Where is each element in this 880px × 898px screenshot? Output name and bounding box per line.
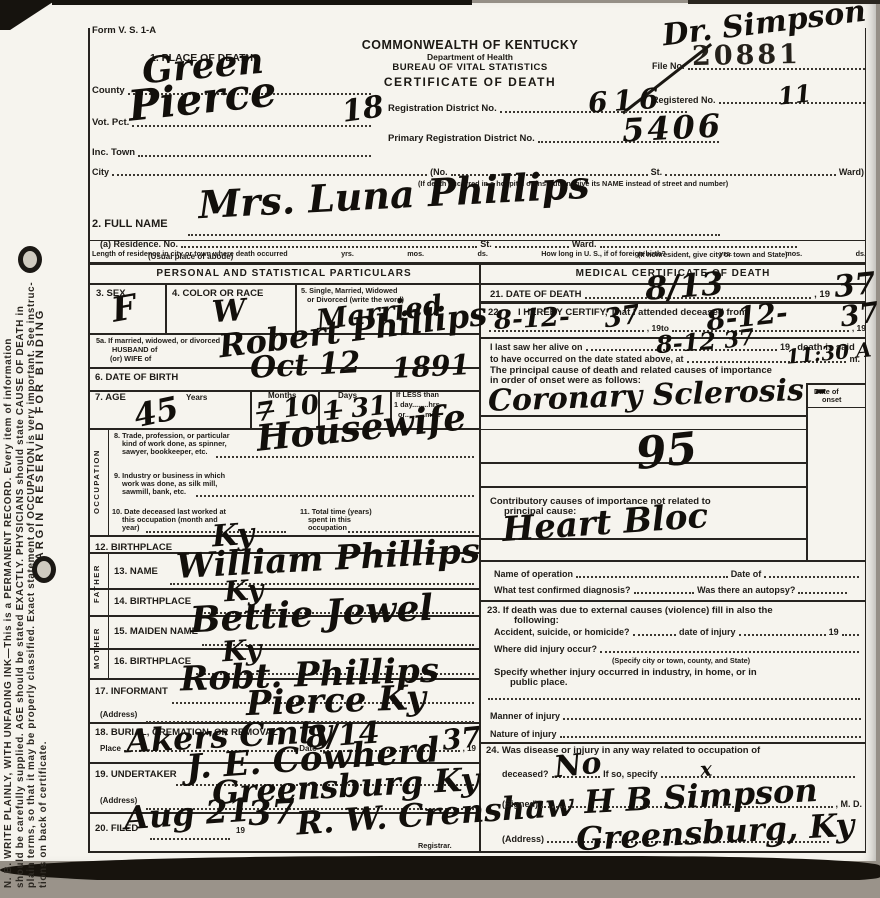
margin-line: N. B. WRITE PLAINLY, WITH UNFADING INK—T… bbox=[3, 40, 15, 888]
length-left-text: Length of residence in city or town wher… bbox=[92, 250, 288, 257]
dotted-leader bbox=[576, 574, 728, 578]
dotted-leader bbox=[842, 632, 859, 636]
inc-town-row: Inc. Town bbox=[92, 148, 374, 158]
dotted-rule bbox=[488, 696, 860, 700]
operation-label: Name of operation bbox=[494, 570, 573, 579]
cell-divider bbox=[108, 552, 109, 678]
specify-city-note: (Specify city or town, county, and State… bbox=[612, 657, 750, 665]
certificate-header: COMMONWEALTH OF KENTUCKY Department of H… bbox=[318, 38, 622, 89]
residence-label: (a) Residence. No. bbox=[100, 240, 178, 249]
dotted-leader bbox=[560, 734, 861, 738]
dotted-leader bbox=[633, 632, 677, 636]
dotted-leader bbox=[138, 153, 371, 157]
precinct-label: Vot. Pct. bbox=[92, 118, 129, 128]
ward-label: Ward) bbox=[839, 168, 864, 177]
personal-section-title: PERSONAL AND STATISTICAL PARTICULARS bbox=[88, 268, 480, 280]
street-label: St. bbox=[651, 168, 663, 177]
rule-line bbox=[88, 262, 866, 265]
last-saw-year-handwritten: 37 bbox=[723, 328, 756, 352]
manner-injury-row: Manner of injury bbox=[490, 712, 864, 721]
dotted-leader bbox=[665, 172, 836, 176]
scan-background-strip bbox=[0, 880, 880, 898]
dotted-leader bbox=[563, 716, 861, 720]
mother-vertical-label: MOTHER bbox=[92, 620, 101, 676]
rule-line bbox=[88, 851, 866, 853]
dotted-leader bbox=[688, 66, 865, 70]
occurred-time-handwritten: 11:30 A bbox=[785, 340, 872, 365]
registrar-label: Registrar. bbox=[418, 842, 452, 850]
dob-year-handwritten: 1891 bbox=[391, 352, 470, 381]
dotted-leader bbox=[495, 244, 569, 248]
dotted-leader bbox=[798, 590, 847, 594]
injury-19-label: 19 bbox=[829, 628, 839, 637]
filed-year-handwritten: 37 bbox=[247, 797, 296, 830]
mos-label: mos. bbox=[407, 250, 424, 257]
scan-top-edge bbox=[52, 0, 472, 5]
residence-st-label: St. bbox=[480, 240, 492, 249]
date-of-death-value-handwritten: 8/13 bbox=[644, 269, 724, 303]
mother-maiden-name-value-handwritten: Bettie Jewel bbox=[189, 592, 434, 637]
dotted-leader bbox=[764, 574, 859, 578]
manner-label: Manner of injury bbox=[490, 712, 560, 721]
filed-date-handwritten: Aug 21 bbox=[123, 796, 251, 834]
spouse-label-3: (or) WIFE of bbox=[110, 355, 151, 363]
where-injury-row: Where did injury occur? bbox=[494, 645, 862, 654]
form-left-border bbox=[88, 28, 90, 852]
residence-row: (a) Residence. No. St. Ward. bbox=[100, 240, 800, 249]
dotted-leader bbox=[216, 454, 474, 458]
nature-injury-row: Nature of injury bbox=[490, 730, 864, 739]
burial-year-value-handwritten: 37 bbox=[441, 724, 482, 753]
date-of-label: Date of bbox=[731, 570, 762, 579]
test-autopsy-row: What test confirmed diagnosis? Was there… bbox=[494, 586, 862, 595]
cell-divider bbox=[250, 390, 252, 428]
dotted-leader bbox=[600, 244, 797, 248]
precinct-number-handwritten: 18 bbox=[340, 93, 385, 126]
if-so-label: If so, specify bbox=[603, 770, 658, 779]
yrs-label: yrs. bbox=[719, 250, 732, 257]
dob-value-handwritten: Oct 12 bbox=[249, 349, 361, 382]
accident-row: Accident, suicide, or homicide? date of … bbox=[494, 628, 862, 637]
cause-code-handwritten: 95 bbox=[634, 429, 699, 475]
informant-label: 17. INFORMANT bbox=[95, 687, 168, 698]
attended-from-year-handwritten: 37 bbox=[603, 304, 642, 332]
dotted-leader bbox=[150, 836, 230, 840]
commonwealth-title: COMMONWEALTH OF KENTUCKY bbox=[318, 38, 622, 52]
date-injury-label: date of injury bbox=[679, 628, 736, 637]
burial-place-label: Place bbox=[100, 745, 121, 753]
date-of-death-label: 21. DATE OF DEATH bbox=[490, 290, 582, 300]
dotted-leader bbox=[196, 493, 474, 497]
occupation-vertical-label: OCCUPATION bbox=[92, 432, 101, 532]
informant-address-label: (Address) bbox=[100, 710, 137, 719]
last-worked-row10-label-3: year) bbox=[122, 524, 139, 532]
last-saw-value-handwritten: 8-12 bbox=[655, 330, 716, 356]
total-time-row11-label-3: occupation bbox=[308, 524, 347, 532]
test-label: What test confirmed diagnosis? bbox=[494, 586, 631, 595]
precinct-value-handwritten: Pierce bbox=[126, 72, 278, 125]
undertaker-label: 19. UNDERTAKER bbox=[95, 770, 177, 781]
q24-value-handwritten: No bbox=[553, 750, 603, 782]
age-years-label: Years bbox=[186, 393, 207, 402]
full-name-label: 2. FULL NAME bbox=[92, 218, 168, 231]
punch-hole bbox=[18, 246, 42, 273]
father-vertical-label: FATHER bbox=[92, 556, 101, 612]
operation-row: Name of operation Date of bbox=[494, 570, 862, 579]
age-years-value-handwritten: 45 bbox=[131, 394, 181, 431]
industry-row9-label-3: sawmill, bank, etc. bbox=[122, 488, 186, 496]
registration-district-label: Registration District No. bbox=[388, 104, 497, 114]
dotted-leader bbox=[634, 590, 695, 594]
nature-label: Nature of injury bbox=[490, 730, 557, 739]
attended-from-value-handwritten: 8-12- bbox=[493, 306, 570, 333]
mos-label: mos. bbox=[785, 250, 802, 257]
rule-line bbox=[480, 560, 866, 562]
father-birthplace-label: 14. BIRTHPLACE bbox=[114, 597, 191, 608]
bureau-subtitle: BUREAU OF VITAL STATISTICS bbox=[318, 62, 622, 73]
dotted-leader bbox=[181, 244, 477, 248]
occupation-row8-label-3: sawyer, bookkeeper, etc. bbox=[122, 448, 208, 456]
form-right-border bbox=[865, 28, 866, 852]
inc-town-label: Inc. Town bbox=[92, 148, 135, 158]
signed-label: (Signed) bbox=[502, 800, 538, 809]
primary-district-label: Primary Registration District No. bbox=[388, 134, 535, 144]
autopsy-label: Was there an autopsy? bbox=[697, 586, 795, 595]
ds-label: ds. bbox=[477, 250, 487, 257]
attended-to-year-handwritten: 37 bbox=[838, 299, 880, 329]
cell-divider bbox=[108, 428, 109, 535]
cell-divider bbox=[165, 283, 167, 333]
county-label: County bbox=[92, 86, 125, 96]
dob-label: 6. DATE OF BIRTH bbox=[95, 373, 178, 384]
rule-line bbox=[480, 742, 866, 744]
scanned-death-certificate: N. B. WRITE PLAINLY, WITH UNFADING INK—T… bbox=[0, 0, 880, 898]
primary-district-value-handwritten: 5406 bbox=[621, 111, 723, 145]
q24-label-1: 24. Was disease or injury in any way rel… bbox=[486, 746, 760, 757]
residence-ward-label: Ward. bbox=[572, 240, 597, 249]
color-race-value-handwritten: W bbox=[211, 297, 247, 326]
city-label: City bbox=[92, 168, 109, 177]
dod-19-label: , 19 bbox=[814, 290, 830, 300]
rule-line bbox=[88, 648, 480, 650]
occurred-label: to have occurred on the date stated abov… bbox=[490, 355, 684, 364]
dotted-leader bbox=[739, 632, 826, 636]
rule-line bbox=[480, 600, 866, 602]
form-id: Form V. S. 1-A bbox=[92, 26, 156, 37]
father-name-label: 13. NAME bbox=[114, 567, 158, 578]
where-label: Where did injury occur? bbox=[494, 645, 597, 654]
dotted-leader bbox=[600, 649, 859, 653]
last-saw-label: I last saw her alive on bbox=[490, 343, 583, 352]
file-no-label: File No. bbox=[652, 62, 685, 71]
specify-whether-label-2: public place. bbox=[510, 678, 568, 689]
yrs-label: yrs. bbox=[341, 250, 354, 257]
age-label: 7. AGE bbox=[95, 393, 126, 404]
accident-label: Accident, suicide, or homicide? bbox=[494, 628, 630, 637]
file-no-row: File No. bbox=[652, 62, 868, 71]
birthplace12-label: 12. BIRTHPLACE bbox=[95, 543, 172, 554]
less-than-label-1: If LESS than bbox=[396, 391, 439, 399]
sex-value-handwritten: F bbox=[110, 292, 139, 326]
mother-maiden-name-label: 15. MAIDEN NAME bbox=[114, 627, 198, 638]
physician-address-label: (Address) bbox=[502, 835, 544, 844]
registered-no-value-handwritten: 11 bbox=[777, 82, 812, 107]
punch-hole bbox=[32, 556, 56, 583]
margin-line: should be carefully supplied. AGE should… bbox=[15, 40, 27, 888]
q23-label-2: following: bbox=[514, 616, 559, 627]
q24-deceased-label: deceased? bbox=[502, 770, 549, 779]
department-subtitle: Department of Health bbox=[318, 52, 622, 62]
onset-box-border bbox=[806, 383, 808, 562]
rule-line bbox=[88, 240, 866, 241]
rule-line bbox=[480, 486, 806, 488]
length-of-residence-row: Length of residence in city or town wher… bbox=[92, 250, 866, 257]
rule-line bbox=[88, 283, 866, 285]
length-mid-text: How long in U. S., if of foreign birth? bbox=[541, 250, 666, 257]
dotted-leader bbox=[188, 232, 720, 236]
